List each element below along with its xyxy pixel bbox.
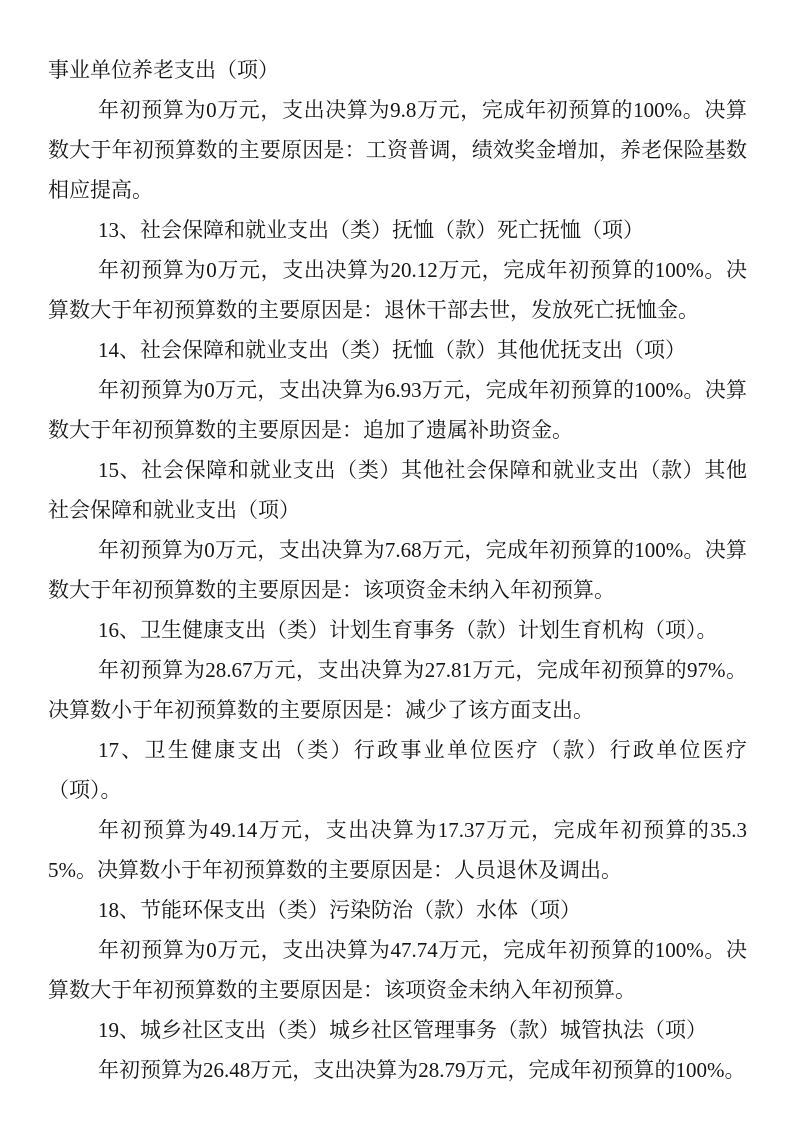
section-14-heading: 14、社会保障和就业支出（类）抚恤（款）其他优抚支出（项） xyxy=(48,330,747,370)
section-15-body: 年初预算为0万元，支出决算为7.68万元，完成年初预算的100%。决算数大于年初… xyxy=(48,530,747,610)
section-13-body: 年初预算为0万元，支出决算为20.12万元，完成年初预算的100%。决算数大于年… xyxy=(48,250,747,330)
section-16-body: 年初预算为28.67万元，支出决算为27.81万元，完成年初预算的97%。决算数… xyxy=(48,650,747,730)
section-14-body: 年初预算为0万元，支出决算为6.93万元，完成年初预算的100%。决算数大于年初… xyxy=(48,370,747,450)
continuation-line: 事业单位养老支出（项） xyxy=(48,50,747,90)
section-15-heading: 15、社会保障和就业支出（类）其他社会保障和就业支出（款）其他社会保障和就业支出… xyxy=(48,450,747,530)
pension-expense-body: 年初预算为0万元，支出决算为9.8万元，完成年初预算的100%。决算数大于年初预… xyxy=(48,90,747,210)
section-17-heading: 17、卫生健康支出（类）行政事业单位医疗（款）行政单位医疗（项）。 xyxy=(48,730,747,810)
section-18-heading: 18、节能环保支出（类）污染防治（款）水体（项） xyxy=(48,890,747,930)
section-19-heading: 19、城乡社区支出（类）城乡社区管理事务（款）城管执法（项） xyxy=(48,1010,747,1050)
section-17-body: 年初预算为49.14万元，支出决算为17.37万元，完成年初预算的35.35%。… xyxy=(48,810,747,890)
section-13-heading: 13、社会保障和就业支出（类）抚恤（款）死亡抚恤（项） xyxy=(48,210,747,250)
section-16-heading: 16、卫生健康支出（类）计划生育事务（款）计划生育机构（项）。 xyxy=(48,610,747,650)
section-18-body: 年初预算为0万元，支出决算为47.74万元，完成年初预算的100%。决算数大于年… xyxy=(48,930,747,1010)
document-page: 事业单位养老支出（项） 年初预算为0万元，支出决算为9.8万元，完成年初预算的1… xyxy=(0,0,793,1122)
section-19-body: 年初预算为26.48万元，支出决算为28.79万元，完成年初预算的100%。 xyxy=(48,1050,747,1090)
